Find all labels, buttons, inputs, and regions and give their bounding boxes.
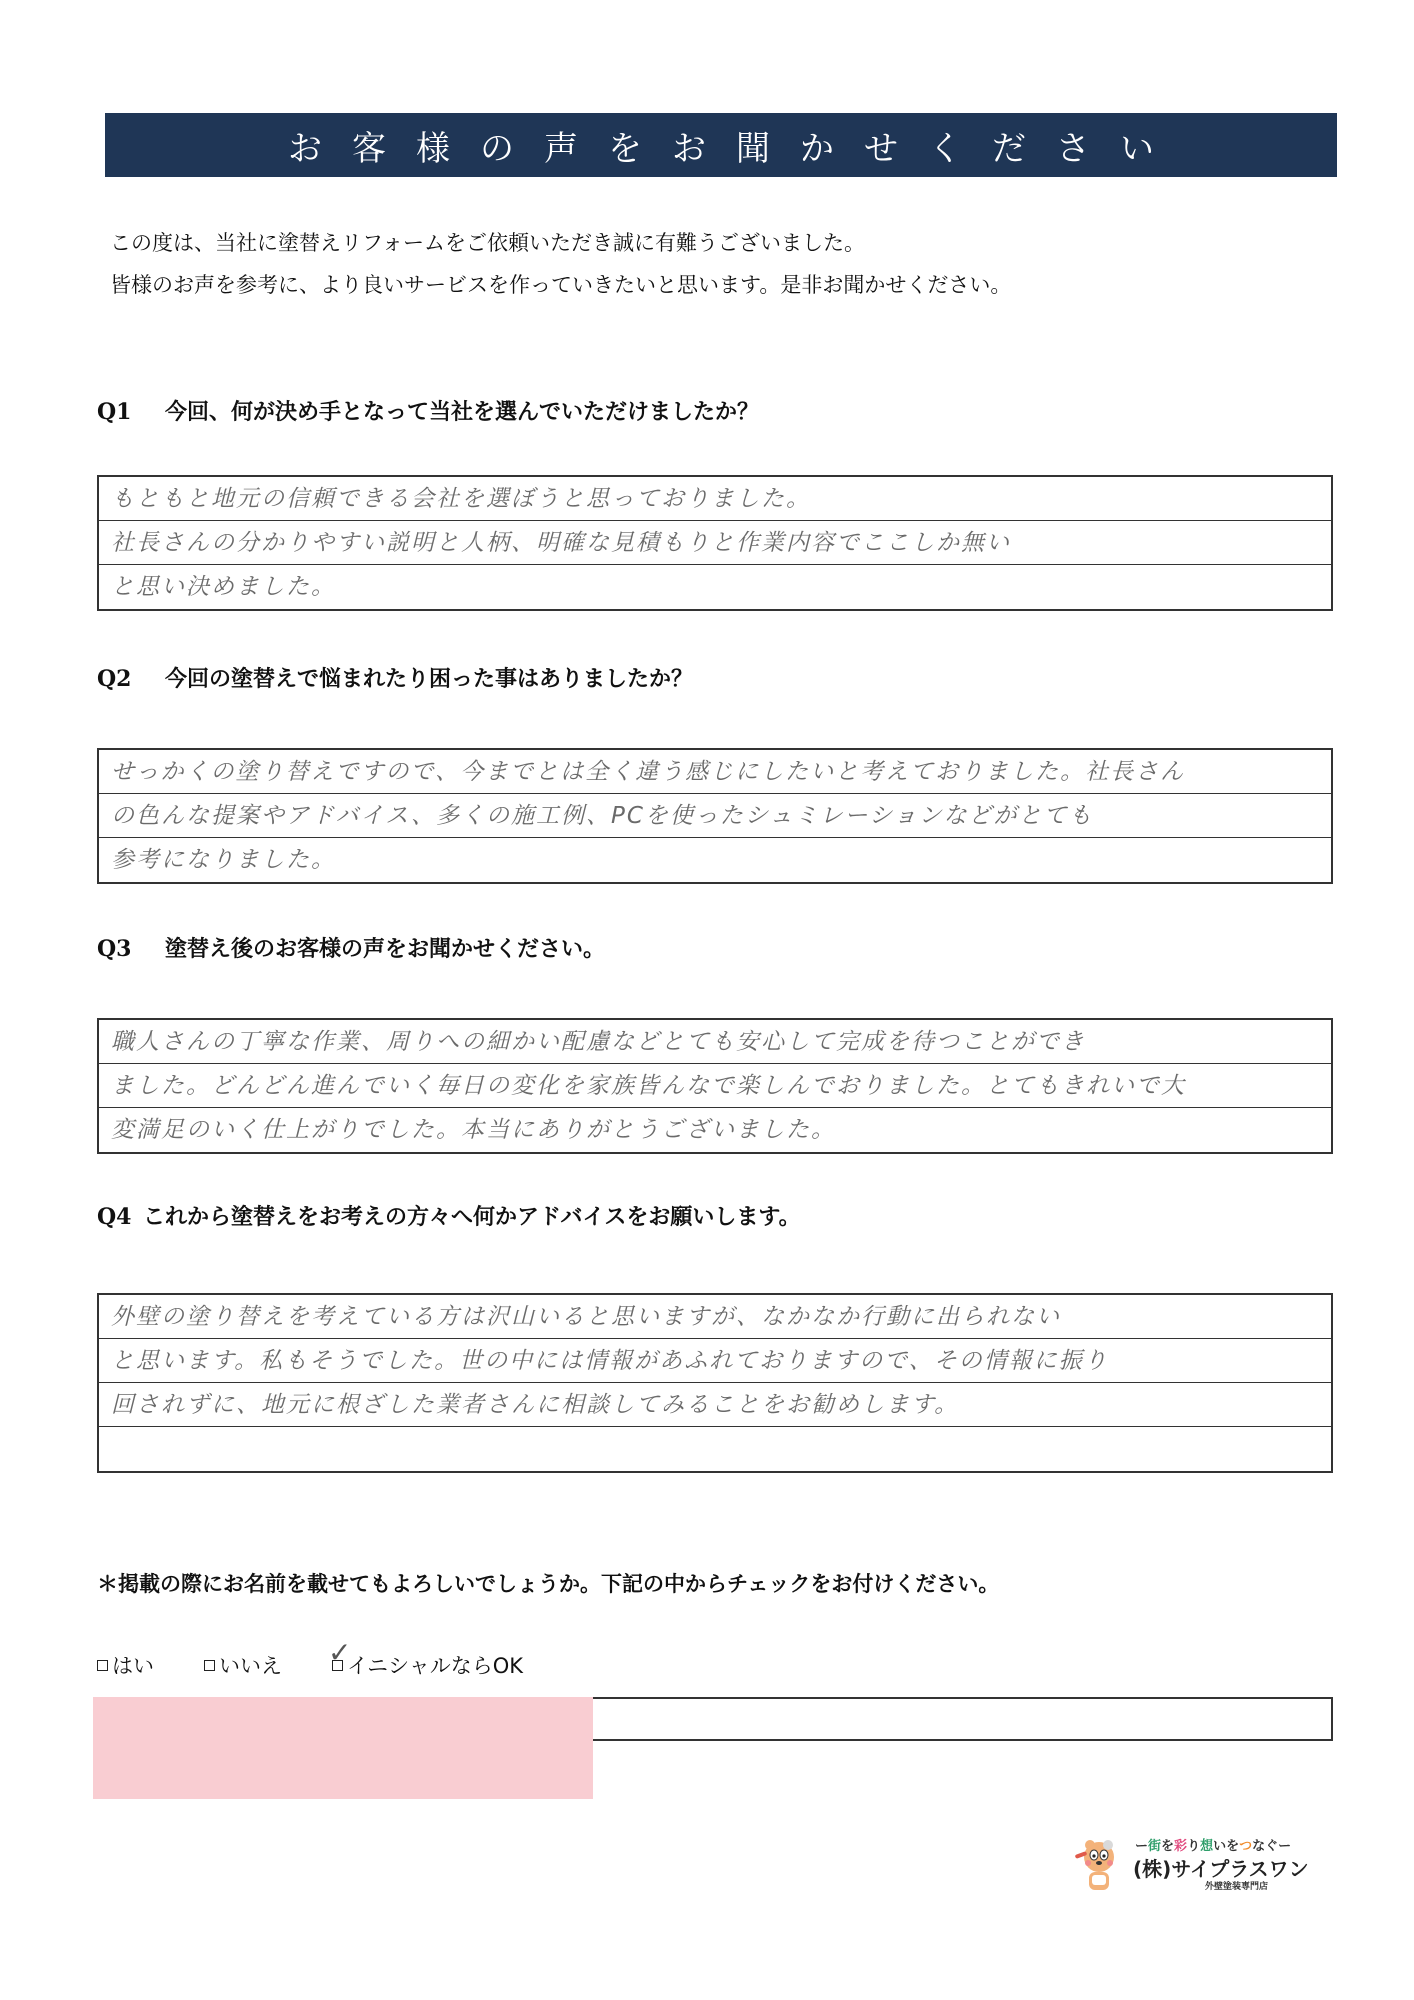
intro-line-1: この度は、当社に塗替えリフォームをご依頼いただき誠に有難うございました。	[110, 222, 1011, 264]
answer-line: と思います。私もそうでした。世の中には情報があふれておりますので、その情報に振り	[99, 1339, 1331, 1383]
company-name: (株)サイプラスワン	[1133, 1853, 1309, 1882]
company-logo: ー街を彩り想いをつなぐー (株)サイプラスワン 外壁塗装専門店	[1075, 1835, 1315, 1905]
option-label: いいえ	[219, 1650, 282, 1680]
mascot-icon	[1075, 1837, 1123, 1897]
answer-line: 変満足のいく仕上がりでした。本当にありがとうございました。	[99, 1108, 1331, 1152]
answer-box-4[interactable]: 外壁の塗り替えを考えている方は沢山いると思いますが、なかなか行動に出られない と…	[97, 1293, 1333, 1473]
consent-options: はい いいえ ✓ イニシャルならOK	[97, 1650, 573, 1680]
question-1: Q1今回、何が決め手となって当社を選んでいただけましたか？	[97, 395, 759, 426]
answer-line: 職人さんの丁寧な作業、周りへの細かい配慮などとても安心して完成を待つことができ	[99, 1020, 1331, 1064]
check-mark-icon: ✓	[328, 1636, 351, 1669]
answer-line: 社長さんの分かりやすい説明と人柄、明確な見積もりと作業内容でここしか無い	[99, 521, 1331, 565]
question-text: 今回、何が決め手となって当社を選んでいただけましたか？	[165, 399, 759, 425]
company-subtitle: 外壁塗装専門店	[1205, 1879, 1268, 1892]
answer-line: せっかくの塗り替えですので、今までとは全く違う感じにしたいと考えておりました。社…	[99, 750, 1331, 794]
answer-box-1[interactable]: もともと地元の信頼できる会社を選ぼうと思っておりました。 社長さんの分かりやすい…	[97, 475, 1333, 611]
checkbox-yes[interactable]	[97, 1660, 108, 1671]
option-no[interactable]: いいえ	[204, 1650, 282, 1680]
answer-line: 参考になりました。	[99, 838, 1331, 882]
answer-line: と思い決めました。	[99, 565, 1331, 609]
answer-line: 外壁の塗り替えを考えている方は沢山いると思いますが、なかなか行動に出られない	[99, 1295, 1331, 1339]
redaction-overlay	[93, 1697, 593, 1799]
question-4: Q4これから塗替えをお考えの方々へ何かアドバイスをお願いします。	[97, 1200, 801, 1231]
option-label: イニシャルならOK	[347, 1650, 523, 1680]
option-initials-ok[interactable]: ✓ イニシャルならOK	[332, 1650, 523, 1680]
tagline: ー街を彩り想いをつなぐー	[1135, 1835, 1291, 1854]
answer-line: 回されずに、地元に根ざした業者さんに相談してみることをお勧めします。	[99, 1383, 1331, 1427]
intro-text: この度は、当社に塗替えリフォームをご依頼いただき誠に有難うございました。 皆様の…	[110, 222, 1011, 306]
answer-line: もともと地元の信頼できる会社を選ぼうと思っておりました。	[99, 477, 1331, 521]
intro-line-2: 皆様のお声を参考に、より良いサービスを作っていきたいと思います。是非お聞かせくだ…	[110, 264, 1011, 306]
answer-line: ました。どんどん進んでいく毎日の変化を家族皆んなで楽しんでおりました。とてもきれ…	[99, 1064, 1331, 1108]
title-banner: お客様の声をお聞かせください	[105, 113, 1337, 177]
page-title: お客様の声をお聞かせください	[258, 121, 1184, 170]
answer-line	[99, 1427, 1331, 1471]
question-text: 今回の塗替えで悩まれたり困った事はありましたか？	[165, 666, 693, 692]
answer-line: の色んな提案やアドバイス、多くの施工例、PCを使ったシュミレーションなどがとても	[99, 794, 1331, 838]
question-number: Q1	[97, 399, 165, 425]
option-yes[interactable]: はい	[97, 1650, 154, 1680]
question-number: Q4	[97, 1204, 143, 1230]
answer-box-2[interactable]: せっかくの塗り替えですので、今までとは全く違う感じにしたいと考えておりました。社…	[97, 748, 1333, 884]
checkbox-no[interactable]	[204, 1660, 215, 1671]
answer-box-3[interactable]: 職人さんの丁寧な作業、周りへの細かい配慮などとても安心して完成を待つことができ …	[97, 1018, 1333, 1154]
question-2: Q2今回の塗替えで悩まれたり困った事はありましたか？	[97, 662, 693, 693]
consent-question: ＊掲載の際にお名前を載せてもよろしいでしょうか。下記の中からチェックをお付けくだ…	[97, 1568, 999, 1598]
question-text: 塗替え後のお客様の声をお聞かせください。	[165, 936, 605, 962]
question-3: Q3塗替え後のお客様の声をお聞かせください。	[97, 932, 605, 963]
question-number: Q2	[97, 666, 165, 692]
question-text: これから塗替えをお考えの方々へ何かアドバイスをお願いします。	[143, 1204, 801, 1230]
question-number: Q3	[97, 936, 165, 962]
option-label: はい	[112, 1650, 154, 1680]
